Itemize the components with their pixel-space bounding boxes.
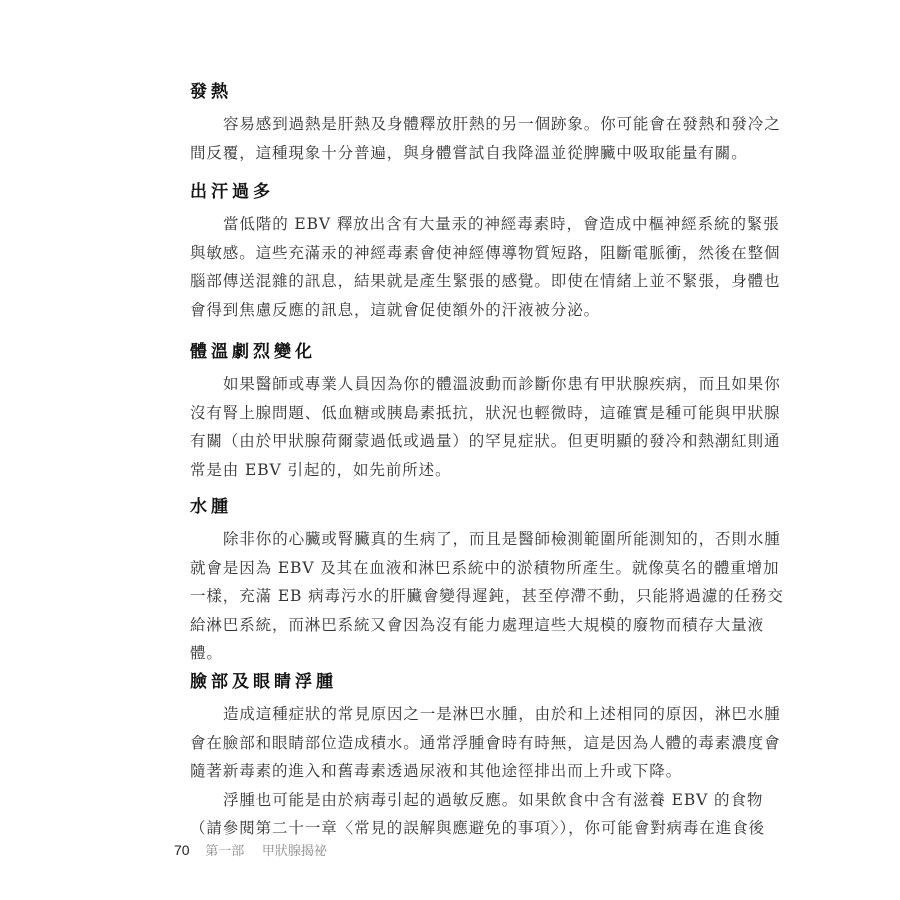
text-line: （請參閱第二十一章〈常見的誤解與應避免的事項〉），你可能會對病毒在進食後: [190, 814, 714, 843]
section-heading: 體溫劇烈變化: [190, 340, 714, 364]
page-footer: 70 第一部 甲狀腺揭祕: [174, 840, 327, 859]
text-line: 會得到焦慮反應的訊息，這就會促使額外的汗液被分泌。: [190, 296, 714, 325]
text-line: 與敏感。這些充滿汞的神經毒素會使神經傳導物質短路，阻斷電脈衝，然後在整個: [190, 239, 714, 268]
section-heading: 出汗過多: [190, 180, 714, 204]
text-line: 一樣，充滿 EB 病毒污水的肝臟會變得遲鈍，甚至停滯不動，只能將過濾的任務交: [190, 582, 714, 611]
text-line: 就會是因為 EBV 及其在血液和淋巴系統中的淤積物所產生。就像莫名的體重增加: [190, 554, 714, 583]
section-heading: 發熱: [190, 80, 714, 104]
text-line: 腦部傳送混雜的訊息，結果就是產生緊張的感覺。即使在情緒上並不緊張，身體也: [190, 267, 714, 296]
text-line: 隨著新毒素的進入和舊毒素透過尿液和其他途徑排出而上升或下降。: [190, 757, 714, 786]
paragraph: 容易感到過熱是肝熱及身體釋放肝熱的另一個跡象。你可能會在發熱和發冷之 間反覆，這…: [190, 110, 714, 167]
part-label: 第一部: [205, 843, 244, 858]
text-line: 浮腫也可能是由於病毒引起的過敏反應。如果飲食中含有滋養 EBV 的食物: [190, 786, 714, 815]
text-line: 體。: [190, 639, 714, 668]
text-line: 除非你的心臟或腎臟真的生病了，而且是醫師檢測範圍所能測知的，否則水腫: [190, 525, 714, 554]
section-fever: 發熱 容易感到過熱是肝熱及身體釋放肝熱的另一個跡象。你可能會在發熱和發冷之 間反…: [190, 80, 714, 167]
paragraph: 當低階的 EBV 釋放出含有大量汞的神經毒素時，會造成中樞神經系統的緊張 與敏感…: [190, 210, 714, 324]
text-line: 間反覆，這種現象十分普遍，與身體嘗試自我降溫並從脾臟中吸取能量有關。: [190, 139, 714, 168]
text-line: 給淋巴系統，而淋巴系統又會因為沒有能力處理這些大規模的廢物而積存大量液: [190, 611, 714, 640]
paragraph: 如果醫師或專業人員因為你的體溫波動而診斷你患有甲狀腺疾病，而且如果你 沒有腎上腺…: [190, 370, 714, 484]
paragraph: 浮腫也可能是由於病毒引起的過敏反應。如果飲食中含有滋養 EBV 的食物 （請參閱…: [190, 786, 714, 843]
page-number: 70: [174, 842, 190, 858]
book-title: 甲狀腺揭祕: [262, 843, 327, 858]
section-face-eye-puffiness: 臉部及眼睛浮腫 造成這種症狀的常見原因之一是淋巴水腫，由於和上述相同的原因，淋巴…: [190, 670, 714, 843]
text-line: 容易感到過熱是肝熱及身體釋放肝熱的另一個跡象。你可能會在發熱和發冷之: [190, 110, 714, 139]
text-line: 會在臉部和眼睛部位造成積水。通常浮腫會時有時無，這是因為人體的毒素濃度會: [190, 729, 714, 758]
section-heading: 水腫: [190, 495, 714, 519]
section-temperature-changes: 體溫劇烈變化 如果醫師或專業人員因為你的體溫波動而診斷你患有甲狀腺疾病，而且如果…: [190, 340, 714, 484]
paragraph: 造成這種症狀的常見原因之一是淋巴水腫，由於和上述相同的原因，淋巴水腫 會在臉部和…: [190, 700, 714, 786]
text-line: 如果醫師或專業人員因為你的體溫波動而診斷你患有甲狀腺疾病，而且如果你: [190, 370, 714, 399]
paragraph: 除非你的心臟或腎臟真的生病了，而且是醫師檢測範圍所能測知的，否則水腫 就會是因為…: [190, 525, 714, 668]
section-excessive-sweating: 出汗過多 當低階的 EBV 釋放出含有大量汞的神經毒素時，會造成中樞神經系統的緊…: [190, 180, 714, 324]
section-heading: 臉部及眼睛浮腫: [190, 670, 714, 694]
text-line: 有關（由於甲狀腺荷爾蒙過低或過量）的罕見症狀。但更明顯的發冷和熱潮紅則通: [190, 427, 714, 456]
text-line: 當低階的 EBV 釋放出含有大量汞的神經毒素時，會造成中樞神經系統的緊張: [190, 210, 714, 239]
text-line: 造成這種症狀的常見原因之一是淋巴水腫，由於和上述相同的原因，淋巴水腫: [190, 700, 714, 729]
text-line: 常是由 EBV 引起的，如先前所述。: [190, 456, 714, 485]
text-line: 沒有腎上腺問題、低血糖或胰島素抵抗，狀況也輕微時，這確實是種可能與甲狀腺: [190, 399, 714, 428]
section-edema: 水腫 除非你的心臟或腎臟真的生病了，而且是醫師檢測範圍所能測知的，否則水腫 就會…: [190, 495, 714, 668]
